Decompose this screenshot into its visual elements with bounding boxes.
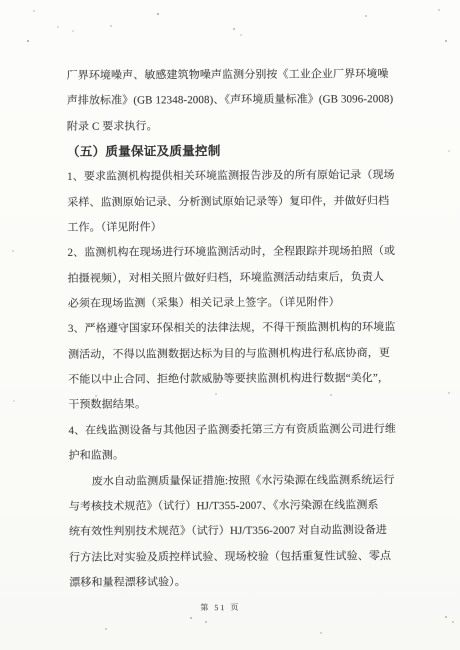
scan-noise-specks <box>0 0 2 2</box>
text-line: 统有效性判别技术规范》（试行）HJ/T356-2007 对自动监测设备进 <box>69 518 399 545</box>
text-line: 采样、监测原始记录、分析测试原始记录等）复印件，并做好归档 <box>67 189 397 216</box>
text-line: 1、要求监测机构提供相关环境监测报告涉及的所有原始记录（现场 <box>67 164 397 191</box>
text-line: 3、严格遵守国家环保相关的法律法规，不得干预监测机构的环境监 <box>68 316 398 343</box>
scanned-document-page: 厂界环境噪声、敏感建筑物噪声监测分别按《工业企业厂界环境噪 声排放标准》(GB … <box>0 0 460 650</box>
text-line: 拍摄视频），对相关照片做好归档，环境监测活动结束后，负责人 <box>68 265 398 292</box>
text-line: 测活动，不得以监测数据达标为目的与监测机构进行私底协商，更 <box>68 341 398 368</box>
text-line: 不能以中止合同、拒绝付款威胁等要挟监测机构进行数据“美化”， <box>68 366 398 393</box>
text-line-indented: 废水自动监测质量保证措施:按照《水污染源在线监测系统运行 <box>69 468 399 495</box>
text-line: 与考核技术规范》（试行）HJ/T355-2007、《水污染源在线监测系 <box>69 493 399 520</box>
text-line: 附录 C 要求执行。 <box>67 113 397 140</box>
text-line: 漂移和量程漂移试验）。 <box>69 569 399 596</box>
text-line: 行方法比对实验及质控样试验、现场校验（包括重复性试验、零点 <box>69 544 399 571</box>
page-number: 第 51 页 <box>69 594 399 621</box>
section-heading: （五）质量保证及质量控制 <box>67 138 397 165</box>
text-line: 干预数据结果。 <box>68 392 398 419</box>
text-line: 2、监测机构在现场进行环境监测活动时，全程跟踪并现场拍照（或 <box>67 240 397 267</box>
text-line: 护和监测。 <box>69 442 399 469</box>
text-line: 4、在线监测设备与其他因子监测委托第三方有资质监测公司进行维 <box>68 417 398 444</box>
text-line: 必须在现场监测（采集）相关记录上签字。（详见附件） <box>68 290 398 317</box>
text-line: 声排放标准》(GB 12348-2008)、《声环境质量标准》(GB 3096-… <box>67 87 397 114</box>
text-line: 工作。（详见附件） <box>67 214 397 241</box>
text-line: 厂界环境噪声、敏感建筑物噪声监测分别按《工业企业厂界环境噪 <box>67 62 397 89</box>
document-text-block: 厂界环境噪声、敏感建筑物噪声监测分别按《工业企业厂界环境噪 声排放标准》(GB … <box>67 62 400 621</box>
